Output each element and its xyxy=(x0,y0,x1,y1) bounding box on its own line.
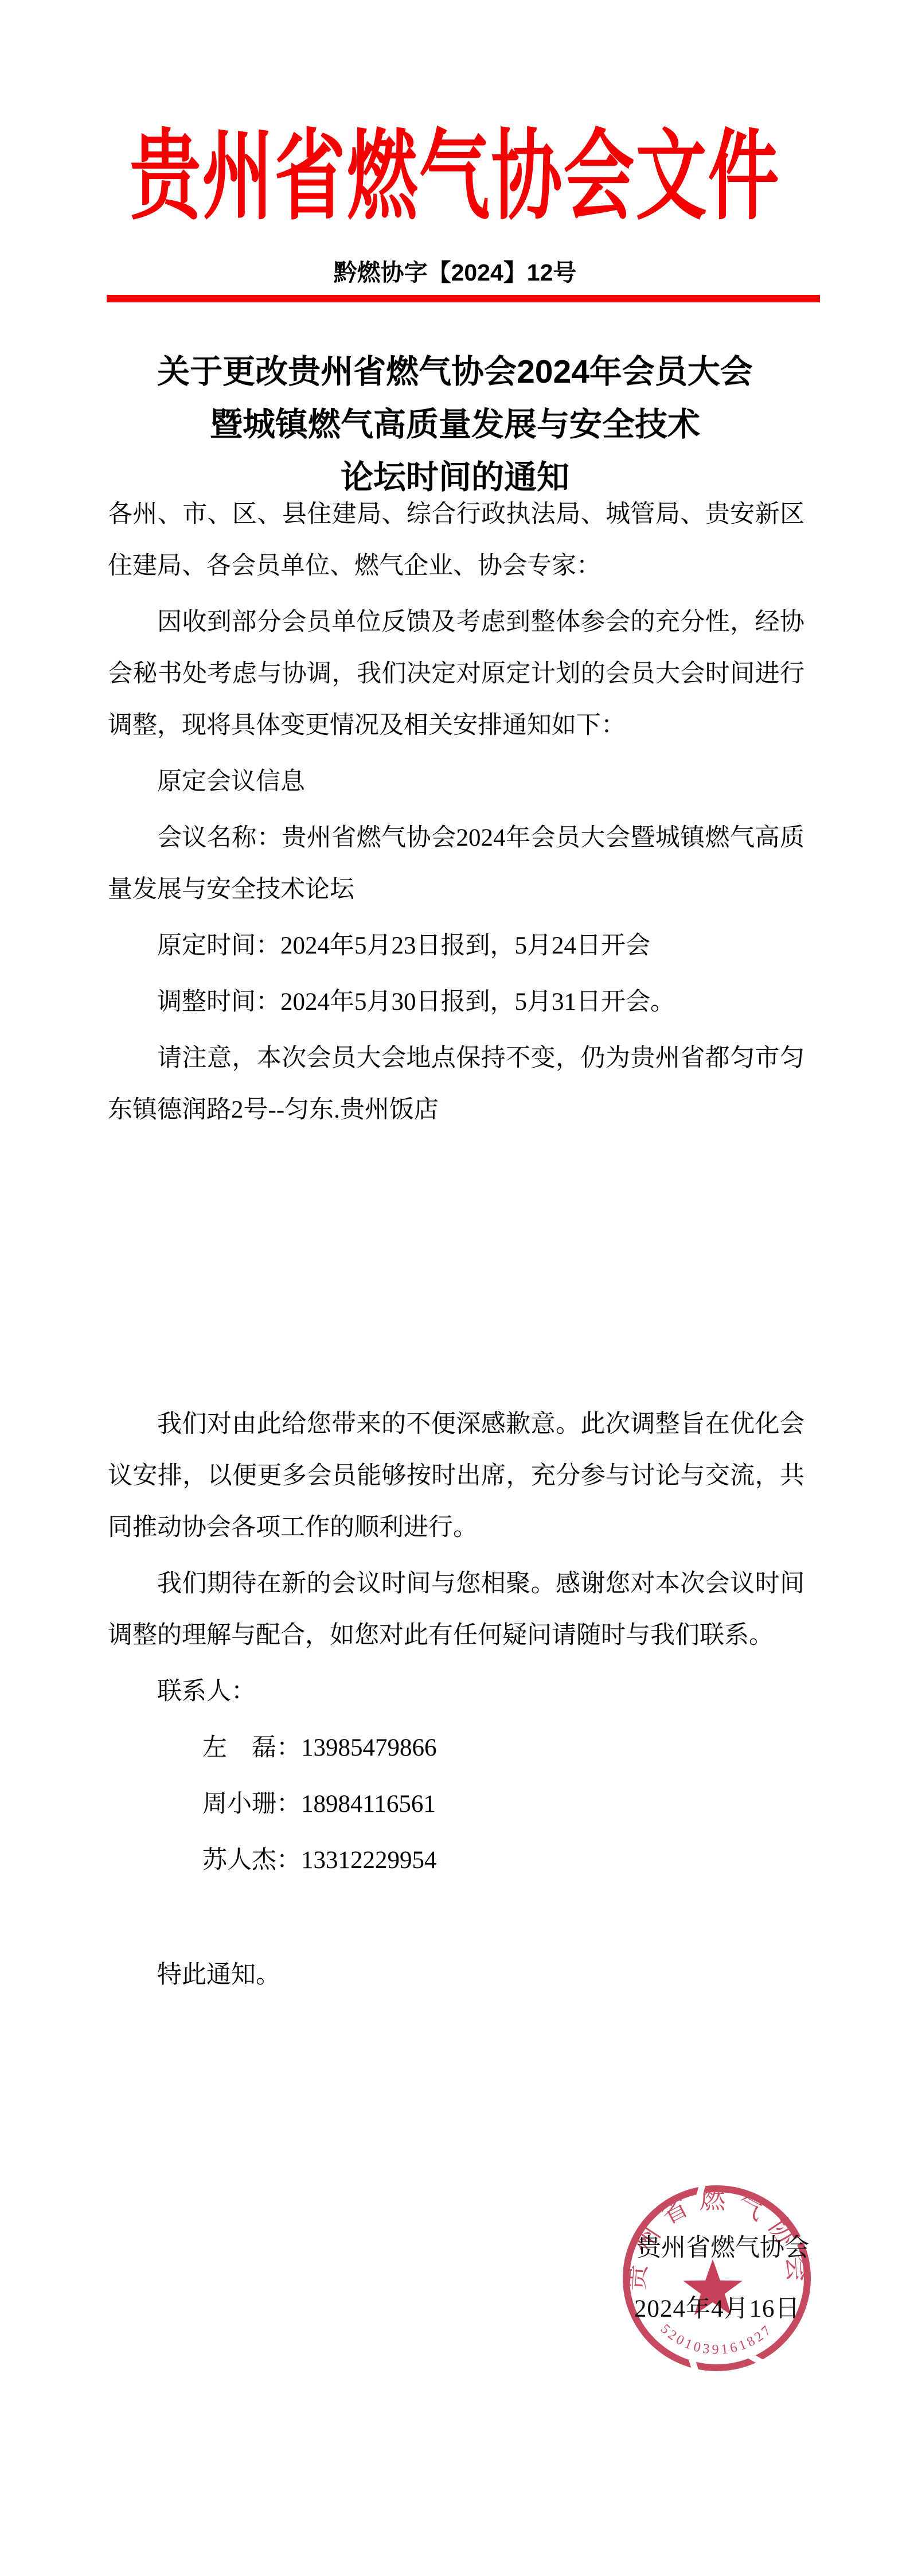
official-seal-graphic: 贵州省燃气协会 5201039161827 xyxy=(622,2185,811,2372)
contact-entry-zhouxiaoshan: 周小珊：18984116561 xyxy=(108,1779,804,1830)
document-number: 黔燃协字【2024】12号 xyxy=(0,259,910,286)
document-body: 各州、市、区、县住建局、综合行政执法局、城管局、贵安新区住建局、各会员单位、燃气… xyxy=(108,489,804,2006)
contact-entry-surenjie: 苏人杰：13312229954 xyxy=(108,1835,804,1886)
seal-serial: 5201039161827 xyxy=(658,2321,776,2357)
paragraph-apology: 我们对由此给您带来的不便深感歉意。此次调整旨在优化会议安排，以便更多会员能够按时… xyxy=(108,1399,804,1554)
contact-entry-zuolei: 左 磊：13985479866 xyxy=(108,1722,804,1774)
paragraph-adjusted-time: 调整时间：2024年5月30日报到，5月31日开会。 xyxy=(108,976,804,1028)
document-page: 贵州省燃气协会文件 黔燃协字【2024】12号 关于更改贵州省燃气协会2024年… xyxy=(0,0,910,2576)
letterhead-title-text: 贵州省燃气协会文件 xyxy=(130,129,780,227)
official-seal: 贵州省燃气协会 5201039161827 xyxy=(622,2185,811,2372)
red-divider-line xyxy=(107,295,820,302)
paragraph-original-time: 原定时间：2024年5月23日报到，5月24日开会 xyxy=(108,920,804,972)
contact-label: 联系人： xyxy=(108,1666,804,1718)
paragraph-expectation: 我们期待在新的会议时间与您相聚。感谢您对本次会议时间调整的理解与配合，如您对此有… xyxy=(108,1558,804,1661)
document-title-line2: 暨城镇燃气高质量发展与安全技术 xyxy=(0,398,910,451)
blank-gap xyxy=(108,1141,804,1399)
document-title-line1: 关于更改贵州省燃气协会2024年会员大会 xyxy=(0,345,910,398)
signature-date: 2024年4月16日 xyxy=(634,2296,800,2322)
heading-original-meeting-info: 原定会议信息 xyxy=(108,756,804,808)
signature-org: 贵州省燃气协会 xyxy=(636,2235,809,2262)
paragraph-meeting-name: 会议名称：贵州省燃气协会2024年会员大会暨城镇燃气高质量发展与安全技术论坛 xyxy=(108,812,804,916)
paragraph-reason: 因收到部分会员单位反馈及考虑到整体参会的充分性，经协会秘书处考虑与协调，我们决定… xyxy=(108,597,804,752)
paragraph-location-note: 请注意，本次会员大会地点保持不变，仍为贵州省都匀市匀东镇德润路2号--匀东.贵州… xyxy=(108,1033,804,1136)
closing-note: 特此通知。 xyxy=(108,1949,804,2001)
document-title: 关于更改贵州省燃气协会2024年会员大会 暨城镇燃气高质量发展与安全技术 论坛时… xyxy=(0,345,910,504)
letterhead-title: 贵州省燃气协会文件 xyxy=(0,129,910,200)
salutation: 各州、市、区、县住建局、综合行政执法局、城管局、贵安新区住建局、各会员单位、燃气… xyxy=(108,489,804,592)
